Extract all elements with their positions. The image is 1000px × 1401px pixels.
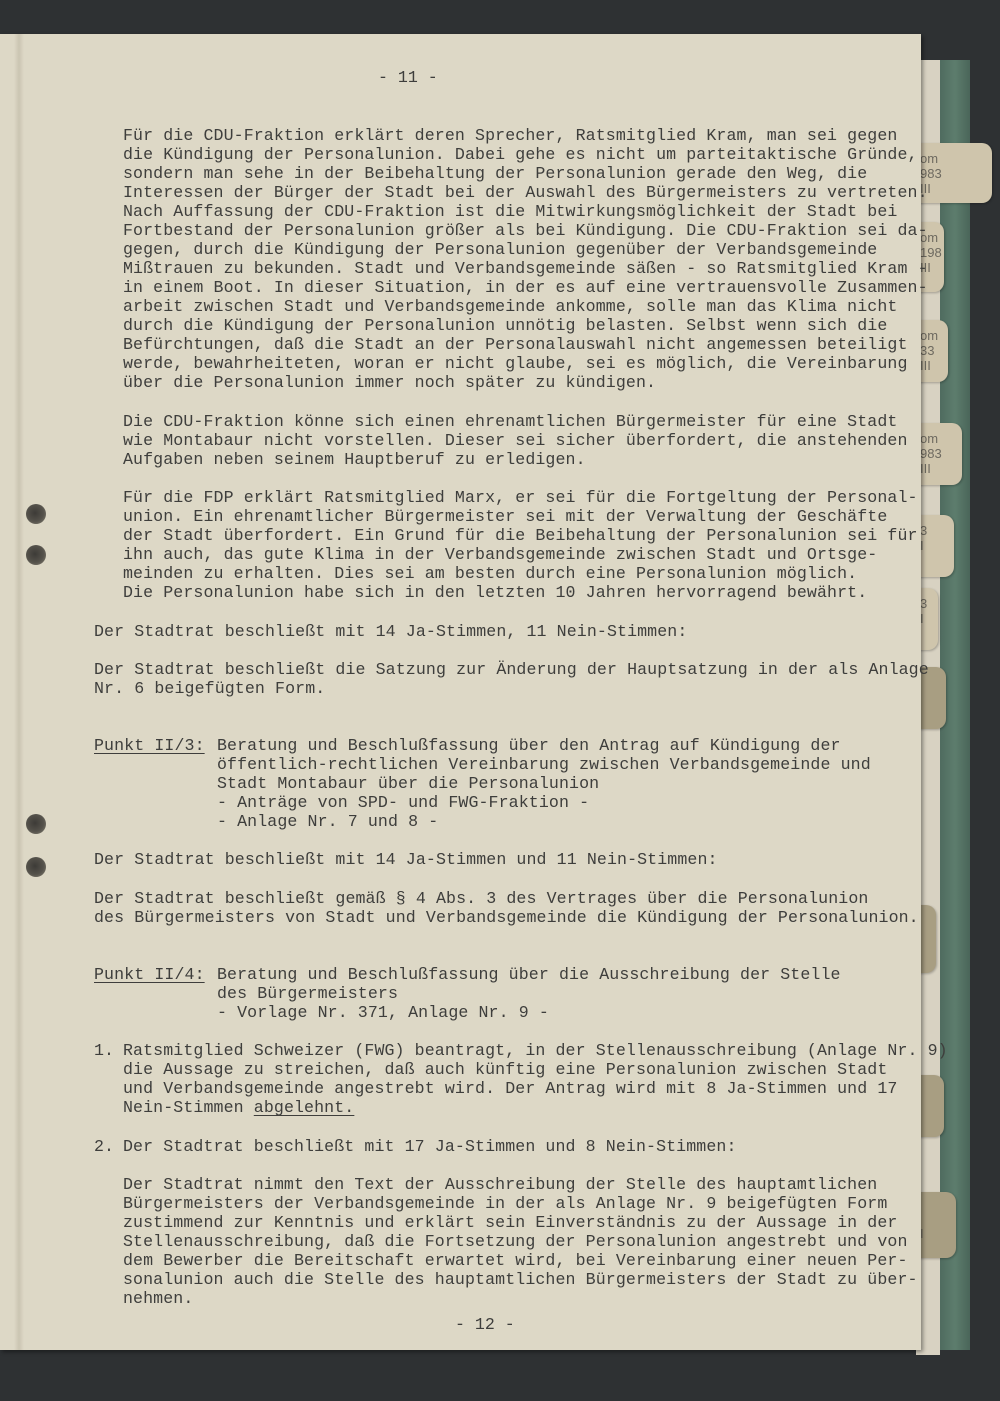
- vote-result-1: Der Stadtrat beschließt mit 14 Ja-Stimme…: [94, 622, 687, 641]
- motion-result-prefix: Nein-Stimmen: [123, 1098, 254, 1117]
- tab-text: 983: [920, 446, 962, 461]
- vote-result-2-3: Der Stadtrat beschließt mit 14 Ja-Stimme…: [94, 850, 718, 869]
- agenda-item-title-2-4: Beratung und Beschlußfassung über die Au…: [217, 965, 841, 1022]
- agenda-item-title-2-3: Beratung und Beschlußfassung über den An…: [217, 736, 871, 831]
- document-page: - 11 - Für die CDU-Fraktion erklärt dere…: [0, 34, 921, 1350]
- tab-text: III: [920, 461, 962, 476]
- motion-rejected-label: abgelehnt.: [254, 1098, 355, 1117]
- motion-result-line: Nein-Stimmen abgelehnt.: [123, 1098, 354, 1117]
- item-number-2: 2.: [94, 1137, 114, 1156]
- agenda-item-label-2-4: Punkt II/4:: [94, 965, 205, 984]
- cdu-statement: Für die CDU-Fraktion erklärt deren Sprec…: [123, 126, 928, 392]
- punch-hole: [26, 545, 46, 565]
- agenda-item-label-2-3: Punkt II/3:: [94, 736, 205, 755]
- motion-schweizer: Ratsmitglied Schweizer (FWG) beantragt, …: [123, 1041, 948, 1098]
- register-tab: om 983 III: [914, 423, 962, 485]
- resolution-2-4: Der Stadtrat nimmt den Text der Ausschre…: [123, 1175, 918, 1308]
- tab-text: 3: [920, 523, 954, 538]
- tab-text: I: [920, 611, 938, 626]
- vote-result-2-4: Der Stadtrat beschließt mit 17 Ja-Stimme…: [123, 1137, 737, 1156]
- punch-hole: [26, 814, 46, 834]
- tab-text: III: [920, 181, 992, 196]
- fdp-statement: Für die FDP erklärt Ratsmitglied Marx, e…: [123, 488, 918, 602]
- tab-text: I: [920, 1226, 956, 1241]
- tab-text: om: [920, 431, 962, 446]
- page-number-bottom: - 12 -: [455, 1315, 515, 1334]
- resolution-2-3: Der Stadtrat beschließt gemäß § 4 Abs. 3…: [94, 889, 919, 927]
- item-number-1: 1.: [94, 1041, 114, 1060]
- tab-text: 983: [920, 166, 992, 181]
- page-number-top: - 11 -: [378, 68, 438, 87]
- cdu-honorary-paragraph: Die CDU-Fraktion könne sich einen ehrena…: [123, 412, 908, 469]
- punch-hole: [26, 857, 46, 877]
- tab-text: om: [920, 151, 992, 166]
- tab-text: I: [920, 538, 954, 553]
- resolution-1: Der Stadtrat beschließt die Satzung zur …: [94, 660, 929, 698]
- punch-hole: [26, 504, 46, 524]
- tab-text: 3: [920, 596, 938, 611]
